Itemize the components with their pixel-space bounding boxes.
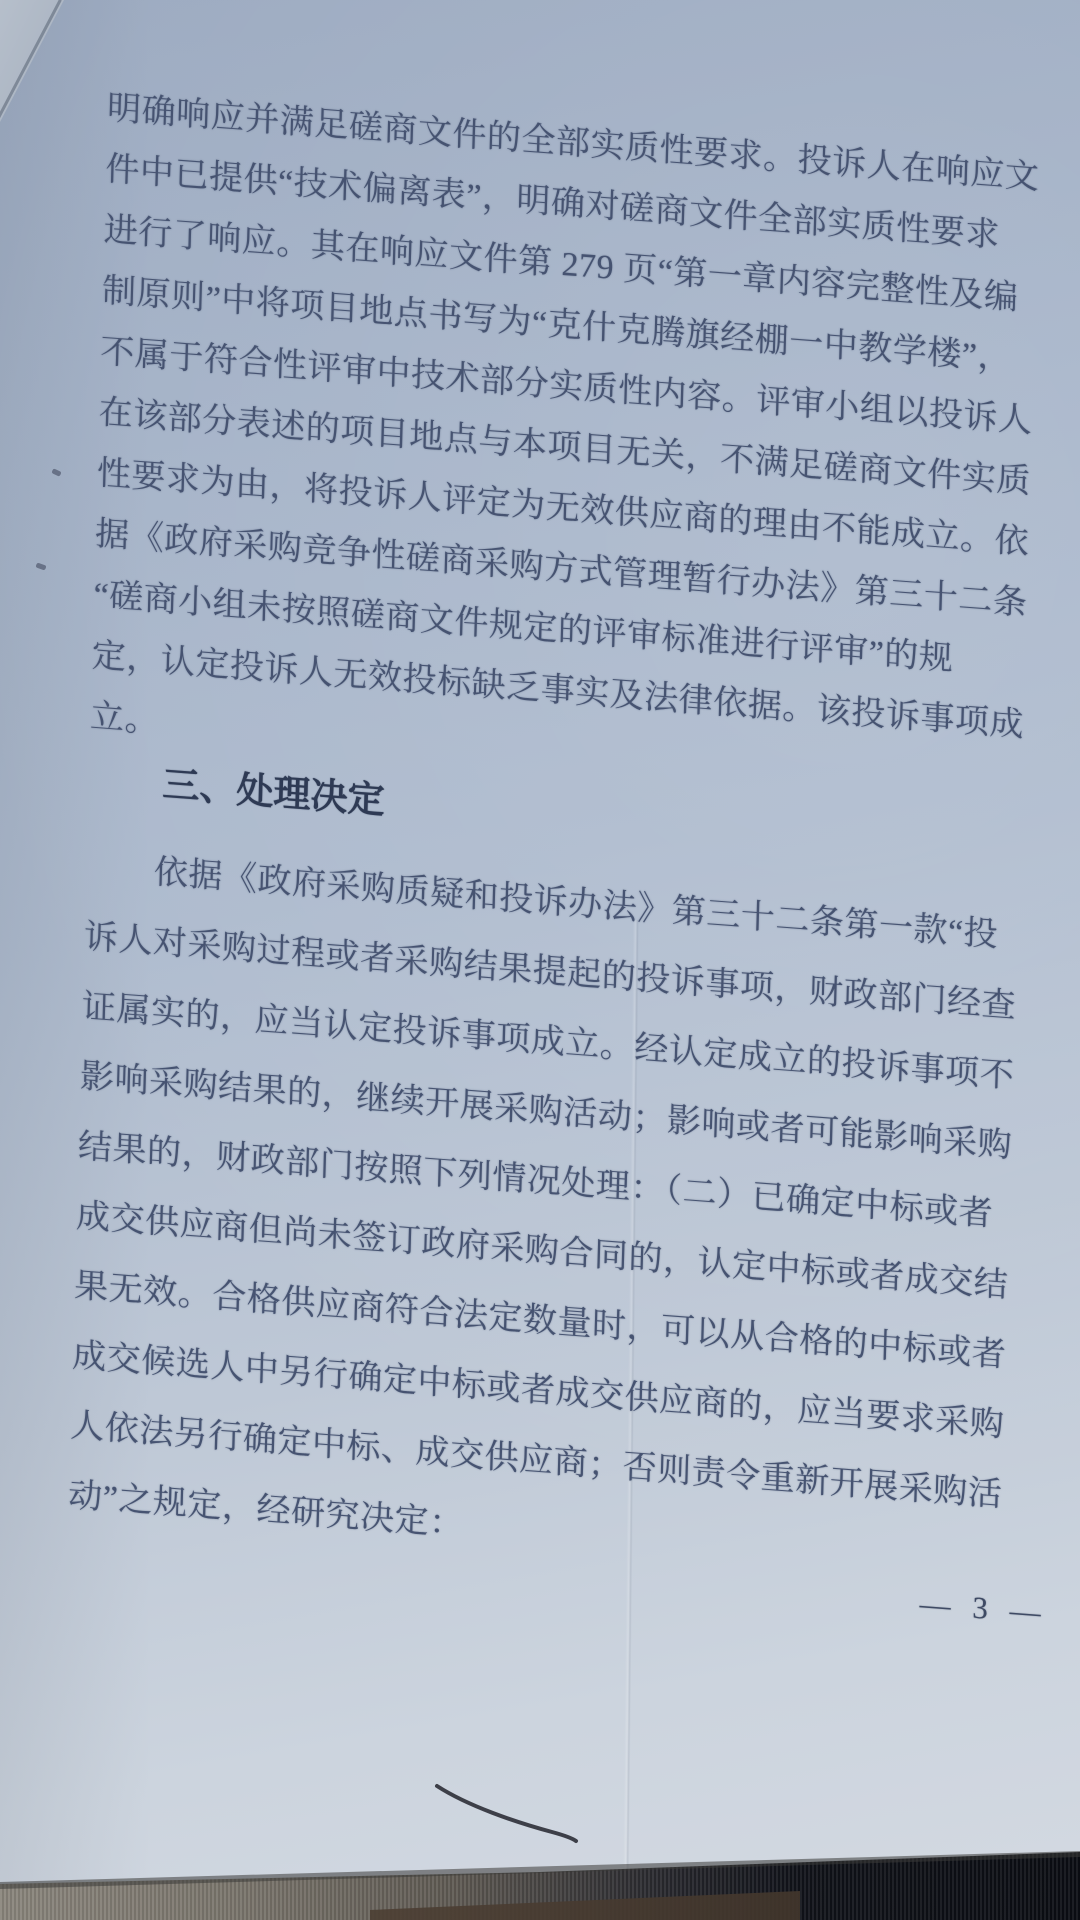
page-number: — 3 — bbox=[919, 1586, 1048, 1631]
decision-paragraph: 依据《政府采购质疑和投诉办法》第三十二条第一款“投 诉人对采购过程或者采购结果提… bbox=[67, 833, 1047, 1603]
paragraph-continuation: 明确响应并满足磋商文件的全部实质性要求。投诉人在响应文 件中已提供“技术偏离表”… bbox=[89, 78, 1068, 819]
page-content: 明确响应并满足磋商文件的全部实质性要求。投诉人在响应文 件中已提供“技术偏离表”… bbox=[67, 78, 1068, 1603]
page-corner-fold bbox=[0, 0, 70, 126]
document-photo: 明确响应并满足磋商文件的全部实质性要求。投诉人在响应文 件中已提供“技术偏离表”… bbox=[0, 0, 1080, 1920]
ink-speck bbox=[35, 562, 46, 570]
ink-speck bbox=[51, 468, 61, 476]
